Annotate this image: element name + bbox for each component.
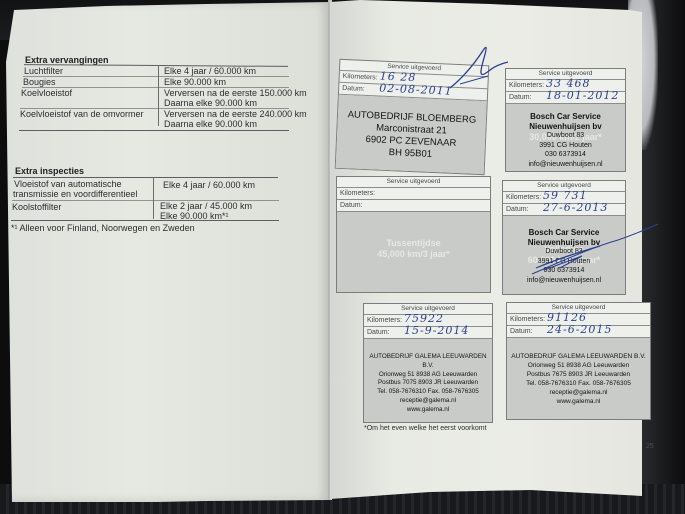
kilometers-label: Kilometers: (367, 317, 402, 324)
stamp-line: info@nieuwenhuijsen.nl (506, 160, 625, 170)
dealer-stamp: AUTOBEDRIJF BLOEMBERGMarconistraat 21690… (336, 109, 486, 163)
table-cell-interval: Elke 90.000 km (164, 77, 226, 87)
stamp-line: Postbus 7075 8903 JR Leeuwarden (364, 379, 492, 388)
service-record-card: Service uitgevoerd Kilometers:91126 Datu… (506, 302, 651, 420)
date-label: Datum: (509, 94, 532, 101)
date-label: Datum: (342, 85, 365, 93)
table-cell-item: Vloeistof van automatische (14, 179, 122, 189)
card-body: 30,000 km/2 jaar*Bosch Car ServiceNieuwe… (506, 104, 625, 171)
table-cell-interval: Verversen na de eerste 240.000 km (164, 109, 307, 119)
stamp-line: AUTOBEDRIJF GALEMA LEEUWARDEN B.V. (364, 353, 492, 371)
table-cell-interval: Daarna elke 90.000 km (164, 98, 257, 108)
date-field: Datum:18-01-2012 (506, 92, 625, 104)
watermark-line: Tussentijdse (337, 238, 490, 249)
date-label: Datum: (510, 328, 533, 335)
service-record-card: Service uitgevoerd Kilometers:75922 Datu… (363, 303, 493, 423)
stamp-line: Postbus 7675 8903 JR Leeuwarden (507, 370, 650, 379)
table-cell-interval: Verversen na de eerste 150.000 km (164, 88, 307, 98)
kilometers-value: 59 731 (543, 190, 588, 201)
stamp-line: Bosch Car Service (506, 112, 625, 122)
stamp-line: 3991 CG Houten (506, 141, 625, 151)
card-body: AUTOBEDRIJF BLOEMBERGMarconistraat 21690… (336, 95, 487, 174)
table-cell-item: Luchtfilter (24, 66, 63, 76)
table-rule (23, 76, 289, 77)
stamp-line: Bosch Car Service (503, 228, 625, 238)
stamp-line: receptie@galema.nl (507, 388, 650, 397)
date-value: 27-6-2013 (543, 202, 608, 213)
service-record-card: Service uitgevoerd Kilometers:33 468 Dat… (505, 68, 626, 172)
table-cell-item: transmissie en voordifferentieel (13, 189, 137, 199)
table-column-divider (153, 177, 154, 219)
stamp-line: info@nieuwenhuijsen.nl (503, 276, 625, 286)
date-value: 15-9-2014 (404, 325, 469, 336)
table-cell-item: Koolstoffilter (12, 202, 61, 212)
kilometers-label: Kilometers: (340, 190, 375, 197)
stamp-line: Duwboot 83 (503, 247, 625, 257)
service-record-card: Service uitgevoerd Kilometers:16 28 Datu… (335, 59, 490, 175)
date-label: Datum: (506, 206, 529, 213)
stamp-line: 030 6373914 (506, 150, 625, 160)
page-number: 25 (646, 443, 654, 450)
date-field: Datum:24-6-2015 (507, 326, 650, 338)
kilometers-value: 33 468 (546, 78, 591, 89)
table-cell-item: Koelvloeistof van de omvormer (20, 109, 144, 119)
stamp-line: www.galema.nl (364, 406, 492, 415)
stamp-line: Tel. 058-7676310 Fax. 058-7676305 (507, 379, 650, 388)
stamp-line: Orionweg 51 8938 AG Leeuwarden (364, 371, 492, 380)
dealer-stamp: Bosch Car ServiceNieuwenhuijsen bvDuwboo… (503, 228, 625, 285)
stamp-line: 3991 CG Houten (503, 257, 625, 267)
stamp-line: Nieuwenhuijsen bv (503, 238, 625, 248)
card-body: Volledige60,000 km/4 jaar*Bosch Car Serv… (503, 216, 625, 294)
card-body: Tussentijdse45,000 km/3 jaar* (337, 212, 490, 292)
kilometers-label: Kilometers: (509, 82, 544, 89)
card-body: AUTOBEDRIJF GALEMA LEEUWARDEN B.V.Orionw… (364, 339, 492, 422)
kilometers-label: Kilometers: (343, 73, 378, 82)
footnote: *Om het even welke het eerst voorkomt (364, 425, 487, 432)
table-column-divider (158, 65, 159, 126)
stamp-line: 030 6373914 (503, 266, 625, 276)
date-label: Datum: (367, 329, 390, 336)
kilometers-label: Kilometers: (510, 316, 545, 323)
table-rule (13, 177, 278, 178)
stamp-line: Orionweg 51 8938 AG Leeuwarden (507, 361, 650, 370)
table-cell-item: Bougies (23, 77, 56, 87)
dealer-stamp: AUTOBEDRIJF GALEMA LEEUWARDEN B.V.Orionw… (364, 353, 492, 415)
date-value: 02-08-2011 (379, 83, 453, 97)
stamp-line: Duwboot 83 (506, 131, 625, 141)
stamp-line: www.galema.nl (507, 397, 650, 406)
date-field: Datum: (337, 200, 490, 212)
dealer-stamp: AUTOBEDRIJF GALEMA LEEUWARDEN B.V.Orionw… (507, 352, 650, 406)
table-cell-interval: Elke 4 jaar / 60.000 km (163, 180, 255, 190)
table-cell-interval: Elke 4 jaar / 60.000 km (164, 66, 256, 76)
stamp-line: Nieuwenhuijsen bv (506, 122, 625, 132)
kilometers-value: 91126 (547, 312, 587, 323)
kilometers-field: Kilometers: (337, 188, 490, 200)
table-rule (11, 220, 279, 221)
card-header: Service uitgevoerd (337, 177, 490, 188)
table-cell-item: Koelvloeistof (21, 88, 72, 98)
date-field: Datum:27-6-2013 (503, 204, 625, 216)
kilometers-label: Kilometers: (506, 194, 541, 201)
service-record-card: Service uitgevoerd Kilometers:59 731 Dat… (502, 180, 626, 295)
card-body: AUTOBEDRIJF GALEMA LEEUWARDEN B.V.Orionw… (507, 338, 650, 419)
table-cell-interval: Daarna elke 90.000 km (164, 119, 257, 129)
kilometers-value: 75922 (404, 313, 444, 324)
table-cell-interval: Elke 2 jaar / 45.000 km (160, 201, 252, 211)
dealer-stamp: Bosch Car ServiceNieuwenhuijsen bvDuwboo… (506, 112, 625, 169)
date-label: Datum: (340, 202, 363, 209)
watermark-line: 45,000 km/3 jaar* (337, 249, 490, 260)
stamp-line: receptie@galema.nl (364, 397, 492, 406)
section-title: Extra inspecties (15, 166, 84, 176)
service-interval-watermark: Tussentijdse45,000 km/3 jaar* (337, 238, 490, 260)
date-value: 18-01-2012 (546, 90, 619, 101)
date-value: 24-6-2015 (547, 324, 612, 335)
service-record-card: Service uitgevoerd Kilometers: Datum: Tu… (336, 176, 491, 293)
stamp-line: Tel. 058-7676310 Fax. 058-7676305 (364, 388, 492, 397)
stamp-line: AUTOBEDRIJF GALEMA LEEUWARDEN B.V. (507, 352, 650, 361)
table-rule (19, 130, 289, 131)
footnote: *¹ Alleen voor Finland, Noorwegen en Zwe… (11, 223, 195, 233)
date-field: Datum:15-9-2014 (364, 327, 492, 339)
